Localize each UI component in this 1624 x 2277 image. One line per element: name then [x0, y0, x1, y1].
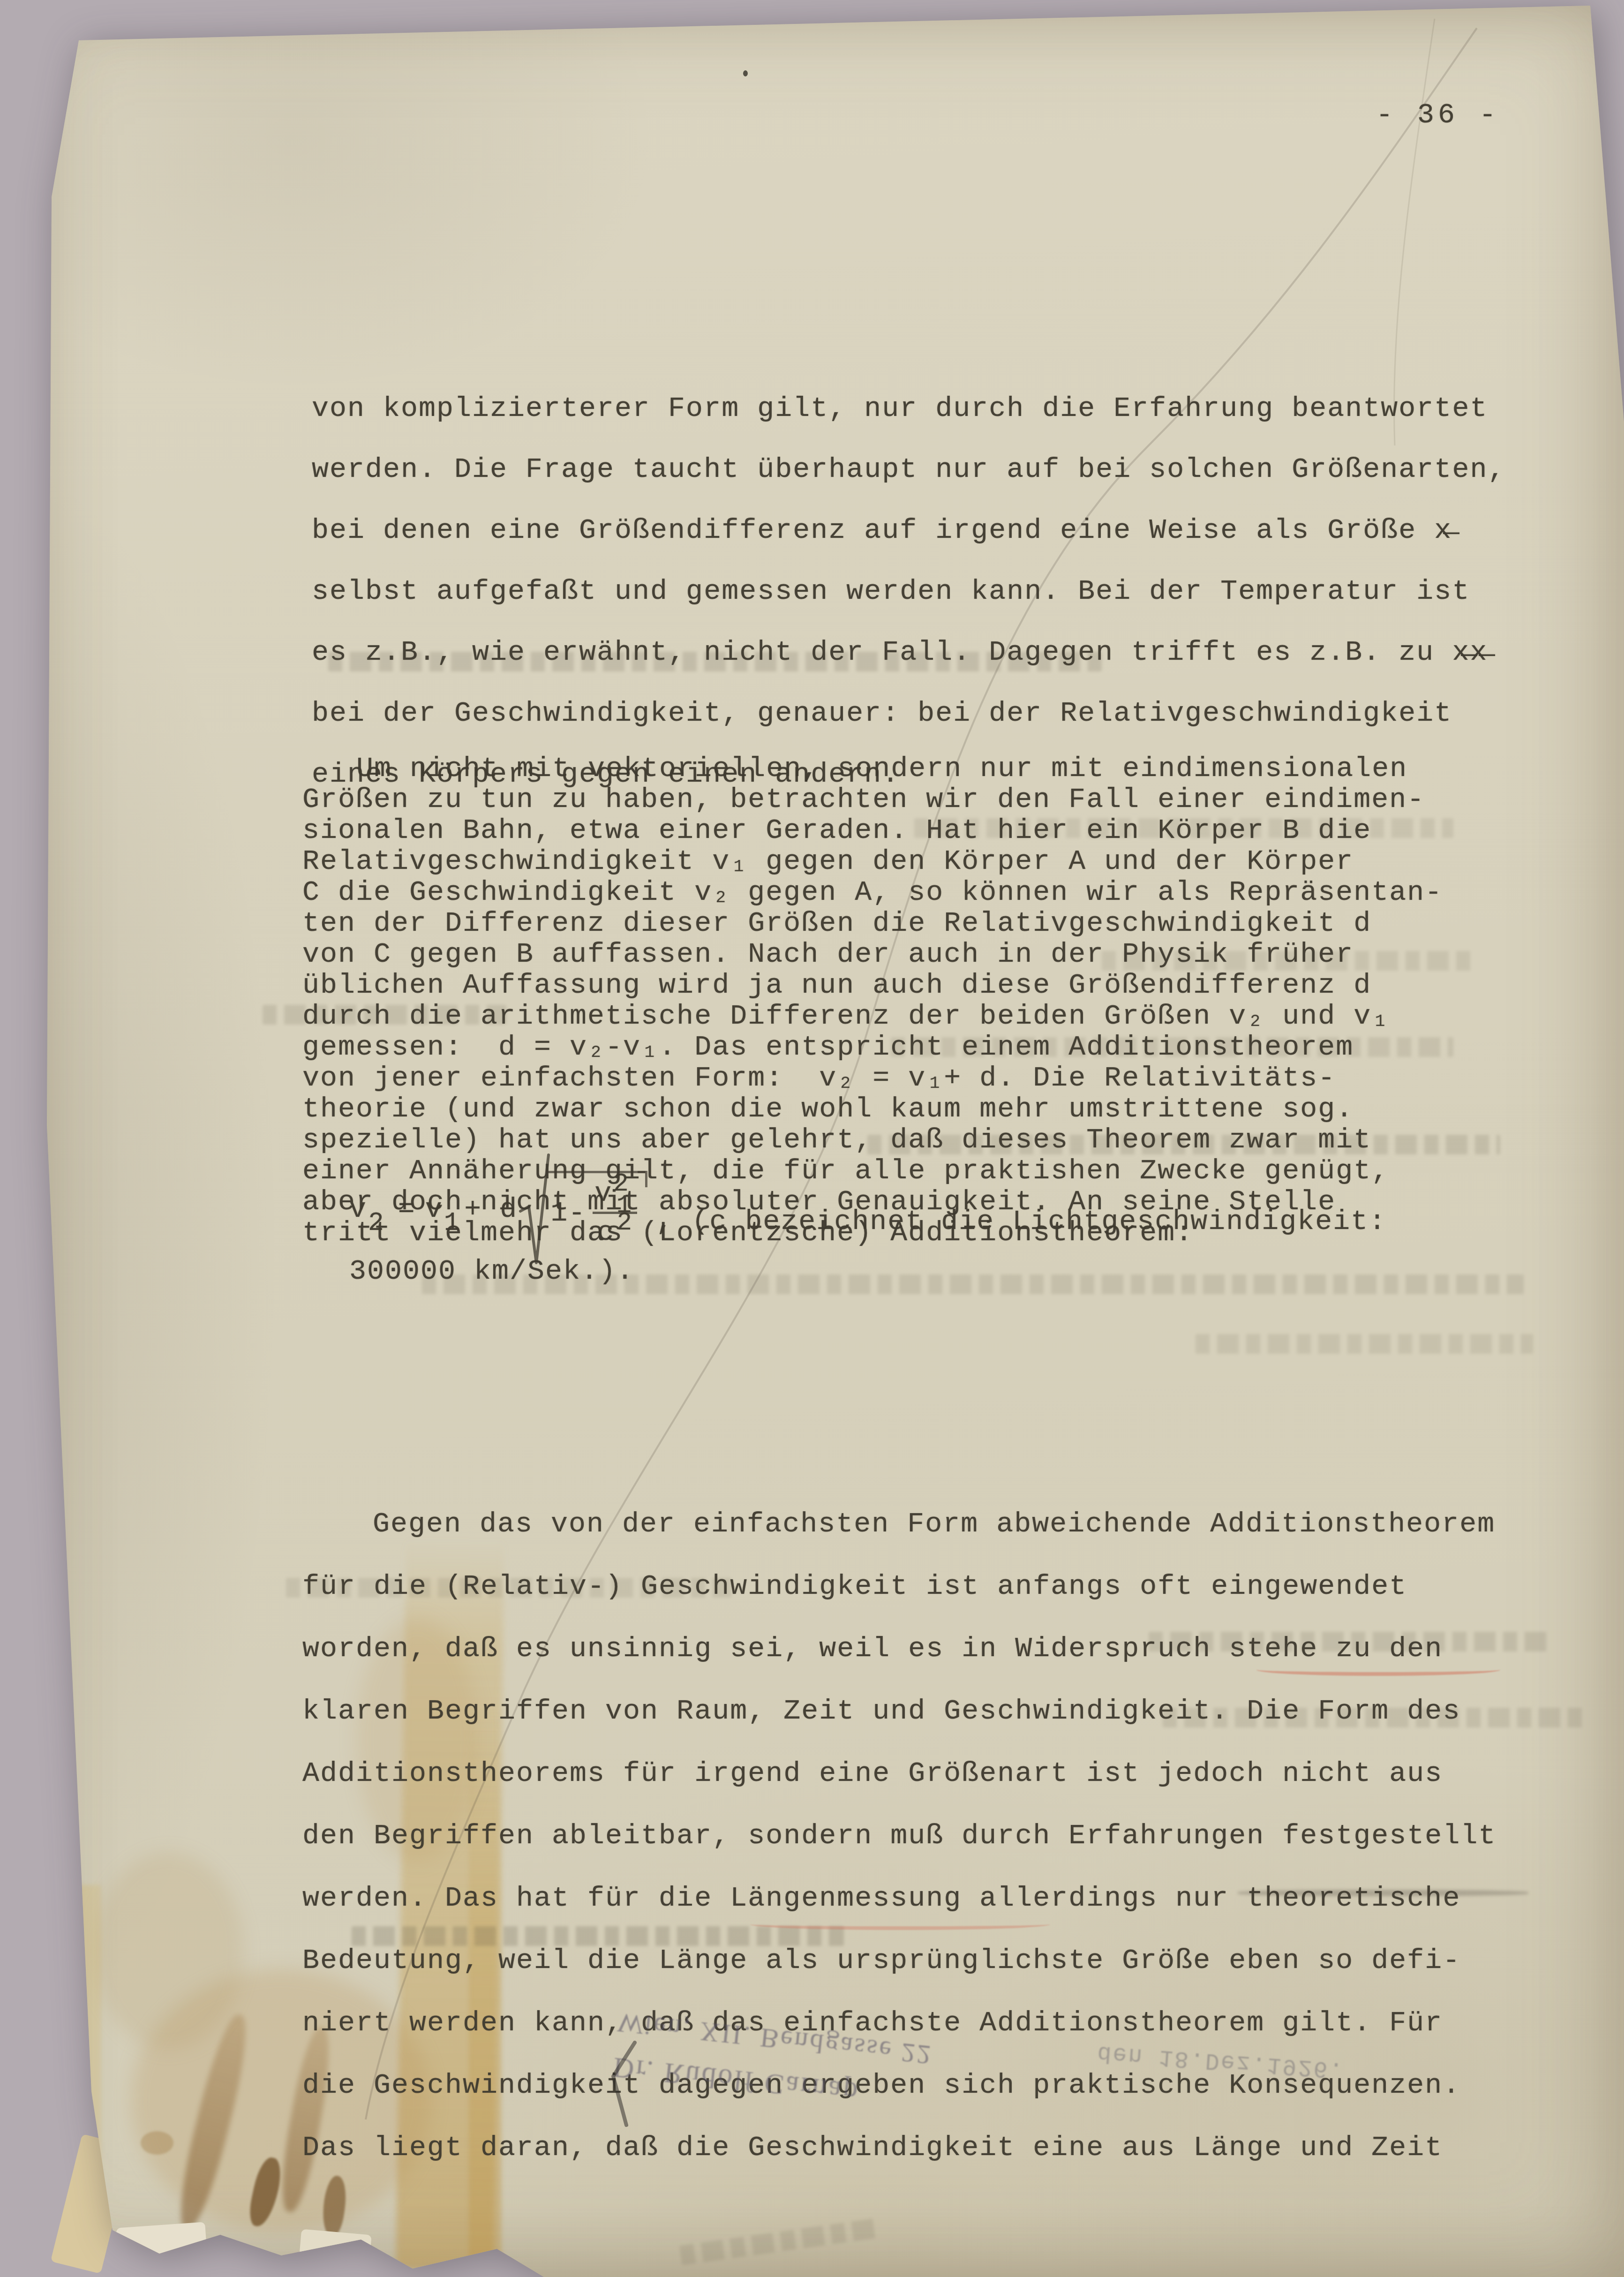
light-speed-line: 300000 km/Sek.).	[349, 1256, 634, 1287]
text-line: C die Geschwindigkeit v₂ gegen A, so kön…	[302, 877, 1443, 908]
text-line: werden. Die Frage taucht überhaupt nur a…	[312, 439, 1505, 500]
text-line: Um nicht mit vektoriellen, sondern nur m…	[302, 754, 1443, 784]
stamp-corner-mark	[606, 2040, 648, 2134]
stain-brown-cloud	[94, 1852, 244, 2049]
text-line: üblichen Auffassung wird ja nun auch die…	[302, 970, 1443, 1001]
torn-edge-fragment	[299, 2229, 372, 2268]
radicand: 1- v21 c2	[547, 1171, 646, 1249]
radicand-one-minus: 1-	[550, 1198, 586, 1229]
red-underline-mark	[1256, 1664, 1500, 1676]
stain-small-spot	[141, 2131, 173, 2155]
text-line: theorie (und zwar schon die wohl kaum me…	[302, 1094, 1443, 1125]
formula-v2: v2	[349, 1194, 389, 1226]
tape-residue-left-edge	[45, 1885, 101, 2277]
text-line: von jener einfachsten Form: v₂ = v₁+ d. …	[302, 1063, 1443, 1094]
equals-sign: =	[398, 1194, 416, 1226]
torn-edge-fragment	[116, 2222, 207, 2265]
text-line: von komplizierterer Form gilt, nur durch…	[312, 378, 1505, 439]
formula-annotation: , (c bezeichnet die Lichtgeschwindigkeit…	[656, 1182, 1386, 1238]
scanned-page-background: { "document": { "page_number": "- 36 -",…	[0, 0, 1624, 2277]
text-line: bei denen eine Größendifferenz auf irgen…	[312, 500, 1505, 561]
text-line: klaren Begriffen von Raum, Zeit und Gesc…	[302, 1681, 1496, 1743]
formula-v1: v1	[425, 1194, 465, 1226]
formula-plus-d: + d	[464, 1194, 518, 1226]
text-line: Das liegt daran, daß die Geschwindigkeit…	[302, 2117, 1496, 2179]
text-line: von C gegen B auffassen. Nach der auch i…	[302, 939, 1443, 970]
text-line: Relativgeschwindigkeit v₁ gegen den Körp…	[302, 846, 1443, 877]
text-line: gemessen: d = v₂-v₁. Das entspricht eine…	[302, 1032, 1443, 1063]
text-line: ten der Differenz dieser Größen die Rela…	[302, 908, 1443, 939]
fraction-denominator: c2	[597, 1214, 633, 1249]
text-line: Größen zu tun zu haben, betrachten wir d…	[302, 784, 1443, 815]
text-line: den Begriffen ableitbar, sondern muß dur…	[302, 1805, 1496, 1868]
ghost-text-impression	[679, 2218, 877, 2265]
red-underline-mark	[750, 1919, 1050, 1930]
stain-drip-streak	[171, 2011, 256, 2233]
ink-speck	[743, 70, 748, 76]
text-line: Bedeutung, weil die Länge als ursprüngli…	[302, 1930, 1496, 1992]
text-line: Gegen das von der einfachsten Form abwei…	[302, 1493, 1496, 1556]
stain-dark-spot	[319, 2174, 349, 2238]
text-line: sionalen Bahn, etwa einer Geraden. Hat h…	[302, 815, 1443, 846]
page-number: - 36 -	[1376, 99, 1500, 131]
text-line: für die (Relativ-) Geschwindigkeit ist a…	[302, 1556, 1496, 1618]
paper-wrapper: - 36 - von komplizierterer Form gilt, nu…	[0, 0, 1624, 2277]
lorentz-addition-formula: v2 = v1 + d 1- v21 c2 , (c bezeichnet di…	[349, 1151, 1386, 1268]
stain-dark-spot	[246, 2155, 285, 2229]
paper-sheet: - 36 - von komplizierterer Form gilt, nu…	[0, 0, 1624, 2277]
text-line: durch die arithmetische Differenz der be…	[302, 1001, 1443, 1032]
fraction-v1sq-over-csq: v21 c2	[593, 1178, 637, 1249]
text-line: Additionstheorems für irgend eine Größen…	[302, 1743, 1496, 1805]
text-line: selbst aufgefaßt und gemessen werden kan…	[312, 561, 1505, 622]
